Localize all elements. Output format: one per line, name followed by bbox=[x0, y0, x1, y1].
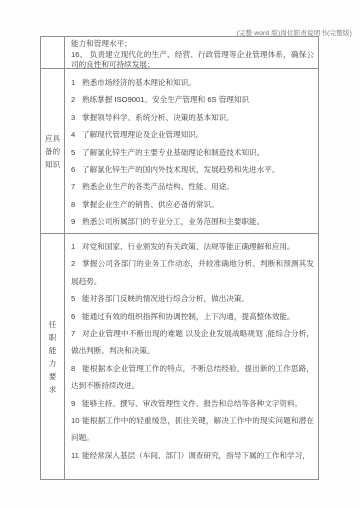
row-header-line: 知识 bbox=[45, 158, 60, 171]
list-item-text: 能对各部门反映的情况进行综合分析，做出决策。 bbox=[82, 294, 249, 303]
list-item-number: 11 bbox=[71, 447, 82, 464]
list-item: 1熟悉市场经济的基本理论和知识。 bbox=[71, 74, 314, 91]
list-item-number: 1 bbox=[71, 238, 82, 255]
row-header-line: 力 bbox=[49, 357, 57, 370]
list-item-text: 了解现代管理理论及企业管理知识。 bbox=[82, 130, 204, 139]
row-header-line: 求 bbox=[49, 383, 57, 396]
list-item: 11能经常深入基层（车间、部门）调查研究，指导下属的工作和学习， bbox=[71, 447, 314, 464]
list-item: 1对党和国家、行业颁发的有关政策、法规等能正确理解和应用。 bbox=[71, 238, 314, 255]
list-item-text: 能根据工作中的轻重缓急，抓住关键，解决工作中的现实问题和潜在问题。 bbox=[71, 416, 314, 442]
list-item: 2掌握公司各部门的业务工作动态，并较准确地分析、判断和预测其发展趋势。 bbox=[71, 255, 314, 290]
list-item-text: 熟练掌握 ISO9001、安全生产管理和 6S 管理知识 bbox=[82, 95, 249, 104]
row-header-line: 任 bbox=[49, 318, 57, 331]
list-item: 10能根据工作中的轻重缓急，抓住关键，解决工作中的现实问题和潜在问题。 bbox=[71, 412, 314, 447]
row-header-line: 能 bbox=[49, 344, 57, 357]
list-item-text: 掌握公司各部门的业务工作动态，并较准确地分析、判断和预测其发展趋势。 bbox=[71, 259, 314, 285]
list-item-text: 熟悉市场经济的基本理论和知识。 bbox=[82, 78, 196, 87]
list-item: 5能对各部门反映的情况进行综合分析，做出决策。 bbox=[71, 290, 314, 307]
list-item-text: 对党和国家、行业颁发的有关政策、法规等能正确理解和应用。 bbox=[82, 242, 295, 251]
row-header-line: 应具 bbox=[45, 132, 60, 145]
list-item-number: 6 bbox=[71, 161, 82, 178]
list-item: 9熟悉公司所属部门的专业分工，业务范围和主要职能。 bbox=[71, 213, 314, 230]
list-item-number: 1 bbox=[71, 74, 82, 91]
row-content-cell: 1对党和国家、行业颁发的有关政策、法规等能正确理解和应用。2掌握公司各部门的业务… bbox=[65, 234, 318, 479]
list-item-text: 熟悉公司所属部门的专业分工，业务范围和主要职能。 bbox=[82, 217, 264, 226]
list-item-text: 能经常深入基层（车间、部门）调查研究，指导下属的工作和学习， bbox=[82, 451, 310, 460]
list-item-number: 5 bbox=[71, 290, 82, 307]
list-item: 9能够主持、撰写、审改管理性文件、报告和总结等各种文字资料。 bbox=[71, 395, 314, 412]
list-item-text: 对企业管理中不断出现的难题 以及企业发展战略规划 ,能综合分析，做出判断、判决和… bbox=[71, 329, 314, 355]
list-item: 6能通过有效的组织指挥和协调控制，上下沟通，提高整体效能。 bbox=[71, 308, 314, 325]
list-item: 6了解氯化锌生产的国内外技术现状，发展趋势和先进水平。 bbox=[71, 161, 314, 178]
table-row: 任职能力要求 1对党和国家、行业颁发的有关政策、法规等能正确理解和应用。2掌握公… bbox=[41, 234, 318, 479]
table-row: 应具备的知识 1熟悉市场经济的基本理论和知识。2熟练掌握 ISO9001、安全生… bbox=[41, 69, 318, 234]
list-item: 3掌握领导科学、系统分析、决策的基本知识。 bbox=[71, 109, 314, 126]
list-item-text: 能够主持、撰写、审改管理性文件、报告和总结等各种文字资料。 bbox=[82, 399, 302, 408]
list-item-number: 7 bbox=[71, 325, 82, 342]
list-item-number: 10 bbox=[71, 412, 82, 429]
list-item-number: 9 bbox=[71, 395, 82, 412]
list-item-number: 2 bbox=[71, 91, 82, 108]
list-item: 5了解氯化锌生产的主要专业基础理论和制造技术知识。 bbox=[71, 144, 314, 161]
list-item-number: 7 bbox=[71, 178, 82, 195]
list-item-text: 掌握企业生产的销售、供应必备的常识。 bbox=[82, 200, 219, 209]
list-item: 8能根据本企业管理工作的特点，不断总结经验，提出新的工作思路，达到不断持续改进。 bbox=[71, 360, 314, 395]
list-item: 7熟悉企业生产的各类产品结构、性能、用途。 bbox=[71, 178, 314, 195]
list-item: 4了解现代管理理论及企业管理知识。 bbox=[71, 126, 314, 143]
paragraph: 16、 负责建立现代化的生产、经营、行政管理等企业管理体系，确保公司的良性和可持… bbox=[71, 50, 314, 69]
row-content-cell: 能力和管理水平；16、 负责建立现代化的生产、经营、行政管理等企业管理体系，确保… bbox=[65, 37, 318, 68]
paragraph: 能力和管理水平； bbox=[71, 39, 314, 50]
list-item: 7对企业管理中不断出现的难题 以及企业发展战略规划 ,能综合分析，做出判断、判决… bbox=[71, 325, 314, 360]
list-item-text: 了解氯化锌生产的主要专业基础理论和制造技术知识。 bbox=[82, 148, 264, 157]
row-header-cell: 任职能力要求 bbox=[41, 234, 65, 479]
job-description-table: 能力和管理水平；16、 负责建立现代化的生产、经营、行政管理等企业管理体系，确保… bbox=[40, 36, 319, 480]
list-item-number: 8 bbox=[71, 196, 82, 213]
list-item-number: 8 bbox=[71, 360, 82, 377]
document-page: (完整 word 版)岗位职责说明书(完整版) 能力和管理水平；16、 负责建立… bbox=[0, 0, 360, 508]
list-item-number: 9 bbox=[71, 213, 82, 230]
row-header-cell bbox=[41, 37, 65, 68]
list-item-number: 5 bbox=[71, 144, 82, 161]
list-item-text: 了解氯化锌生产的国内外技术现状，发展趋势和先进水平。 bbox=[82, 165, 279, 174]
list-item-text: 能通过有效的组织指挥和协调控制，上下沟通，提高整体效能。 bbox=[82, 312, 295, 321]
list-item-text: 能根据本企业管理工作的特点，不断总结经验，提出新的工作思路，达到不断持续改进。 bbox=[71, 364, 314, 390]
row-header-line: 备的 bbox=[45, 145, 60, 158]
list-item-text: 掌握领导科学、系统分析、决策的基本知识。 bbox=[82, 113, 234, 122]
table-row: 能力和管理水平；16、 负责建立现代化的生产、经营、行政管理等企业管理体系，确保… bbox=[41, 37, 318, 69]
row-header-line: 要 bbox=[49, 370, 57, 383]
list-item-number: 2 bbox=[71, 255, 82, 272]
list-item: 8掌握企业生产的销售、供应必备的常识。 bbox=[71, 196, 314, 213]
list-item-text: 熟悉企业生产的各类产品结构、性能、用途。 bbox=[82, 182, 234, 191]
row-header-cell: 应具备的知识 bbox=[41, 69, 65, 233]
list-item-number: 4 bbox=[71, 126, 82, 143]
list-item-number: 3 bbox=[71, 109, 82, 126]
row-content-cell: 1熟悉市场经济的基本理论和知识。2熟练掌握 ISO9001、安全生产管理和 6S… bbox=[65, 69, 318, 233]
list-item-number: 6 bbox=[71, 308, 82, 325]
list-item: 2熟练掌握 ISO9001、安全生产管理和 6S 管理知识 bbox=[71, 91, 314, 108]
row-header-line: 职 bbox=[49, 331, 57, 344]
